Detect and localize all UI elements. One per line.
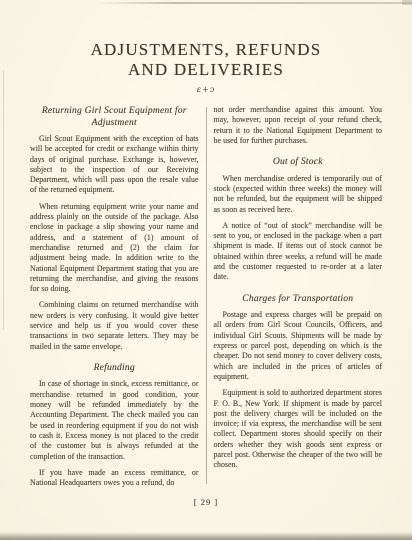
page-number: [ 29 ] [30,497,382,507]
paragraph: In case of shortage in stock, excess rem… [30,379,199,461]
section-heading-returning-equipment: Returning Girl Scout Equipment for Adjus… [30,105,199,128]
paragraph-continuation: not order merchandise against this amoun… [214,105,383,146]
two-column-body: Returning Girl Scout Equipment for Adjus… [30,105,382,488]
scan-artifact-top-edge [96,2,412,4]
paragraph: When merchandise ordered is temporarily … [214,174,383,215]
section-heading-charges-transportation: Charges for Transportation [214,293,383,305]
page-title-line-1: ADJUSTMENTS, REFUNDS [30,40,382,60]
scan-artifact-top-right-corner [402,0,412,5]
paragraph: Equipment is sold to authorized departme… [214,388,383,470]
page-title: ADJUSTMENTS, REFUNDS AND DELIVERIES [30,40,382,80]
paragraph: Postage and express charges will be prep… [214,310,383,382]
paragraph: Girl Scout Equipment with the exception … [30,134,199,196]
paragraph: A notice of “out of stock” merchandise w… [214,221,383,283]
left-column: Returning Girl Scout Equipment for Adjus… [30,105,199,488]
page-header: ADJUSTMENTS, REFUNDS AND DELIVERIES ɛ+ɔ [30,40,382,94]
scan-artifact-left-edge [3,70,4,330]
scan-artifact-bottom-edge [0,532,412,540]
paragraph: When returning equipment write your name… [30,202,199,295]
section-heading-refunding: Refunding [30,362,199,374]
column-divider-rule [206,107,207,484]
paragraph: If you have made an excess remittance, o… [30,468,199,489]
section-heading-out-of-stock: Out of Stock [214,156,383,168]
scanned-catalog-page: ADJUSTMENTS, REFUNDS AND DELIVERIES ɛ+ɔ … [0,0,412,540]
right-column: not order merchandise against this amoun… [214,105,383,488]
paragraph: Combining claims on returned merchandise… [30,300,199,351]
fleuron-ornament-icon: ɛ+ɔ [30,85,382,94]
page-title-line-2: AND DELIVERIES [30,60,382,80]
